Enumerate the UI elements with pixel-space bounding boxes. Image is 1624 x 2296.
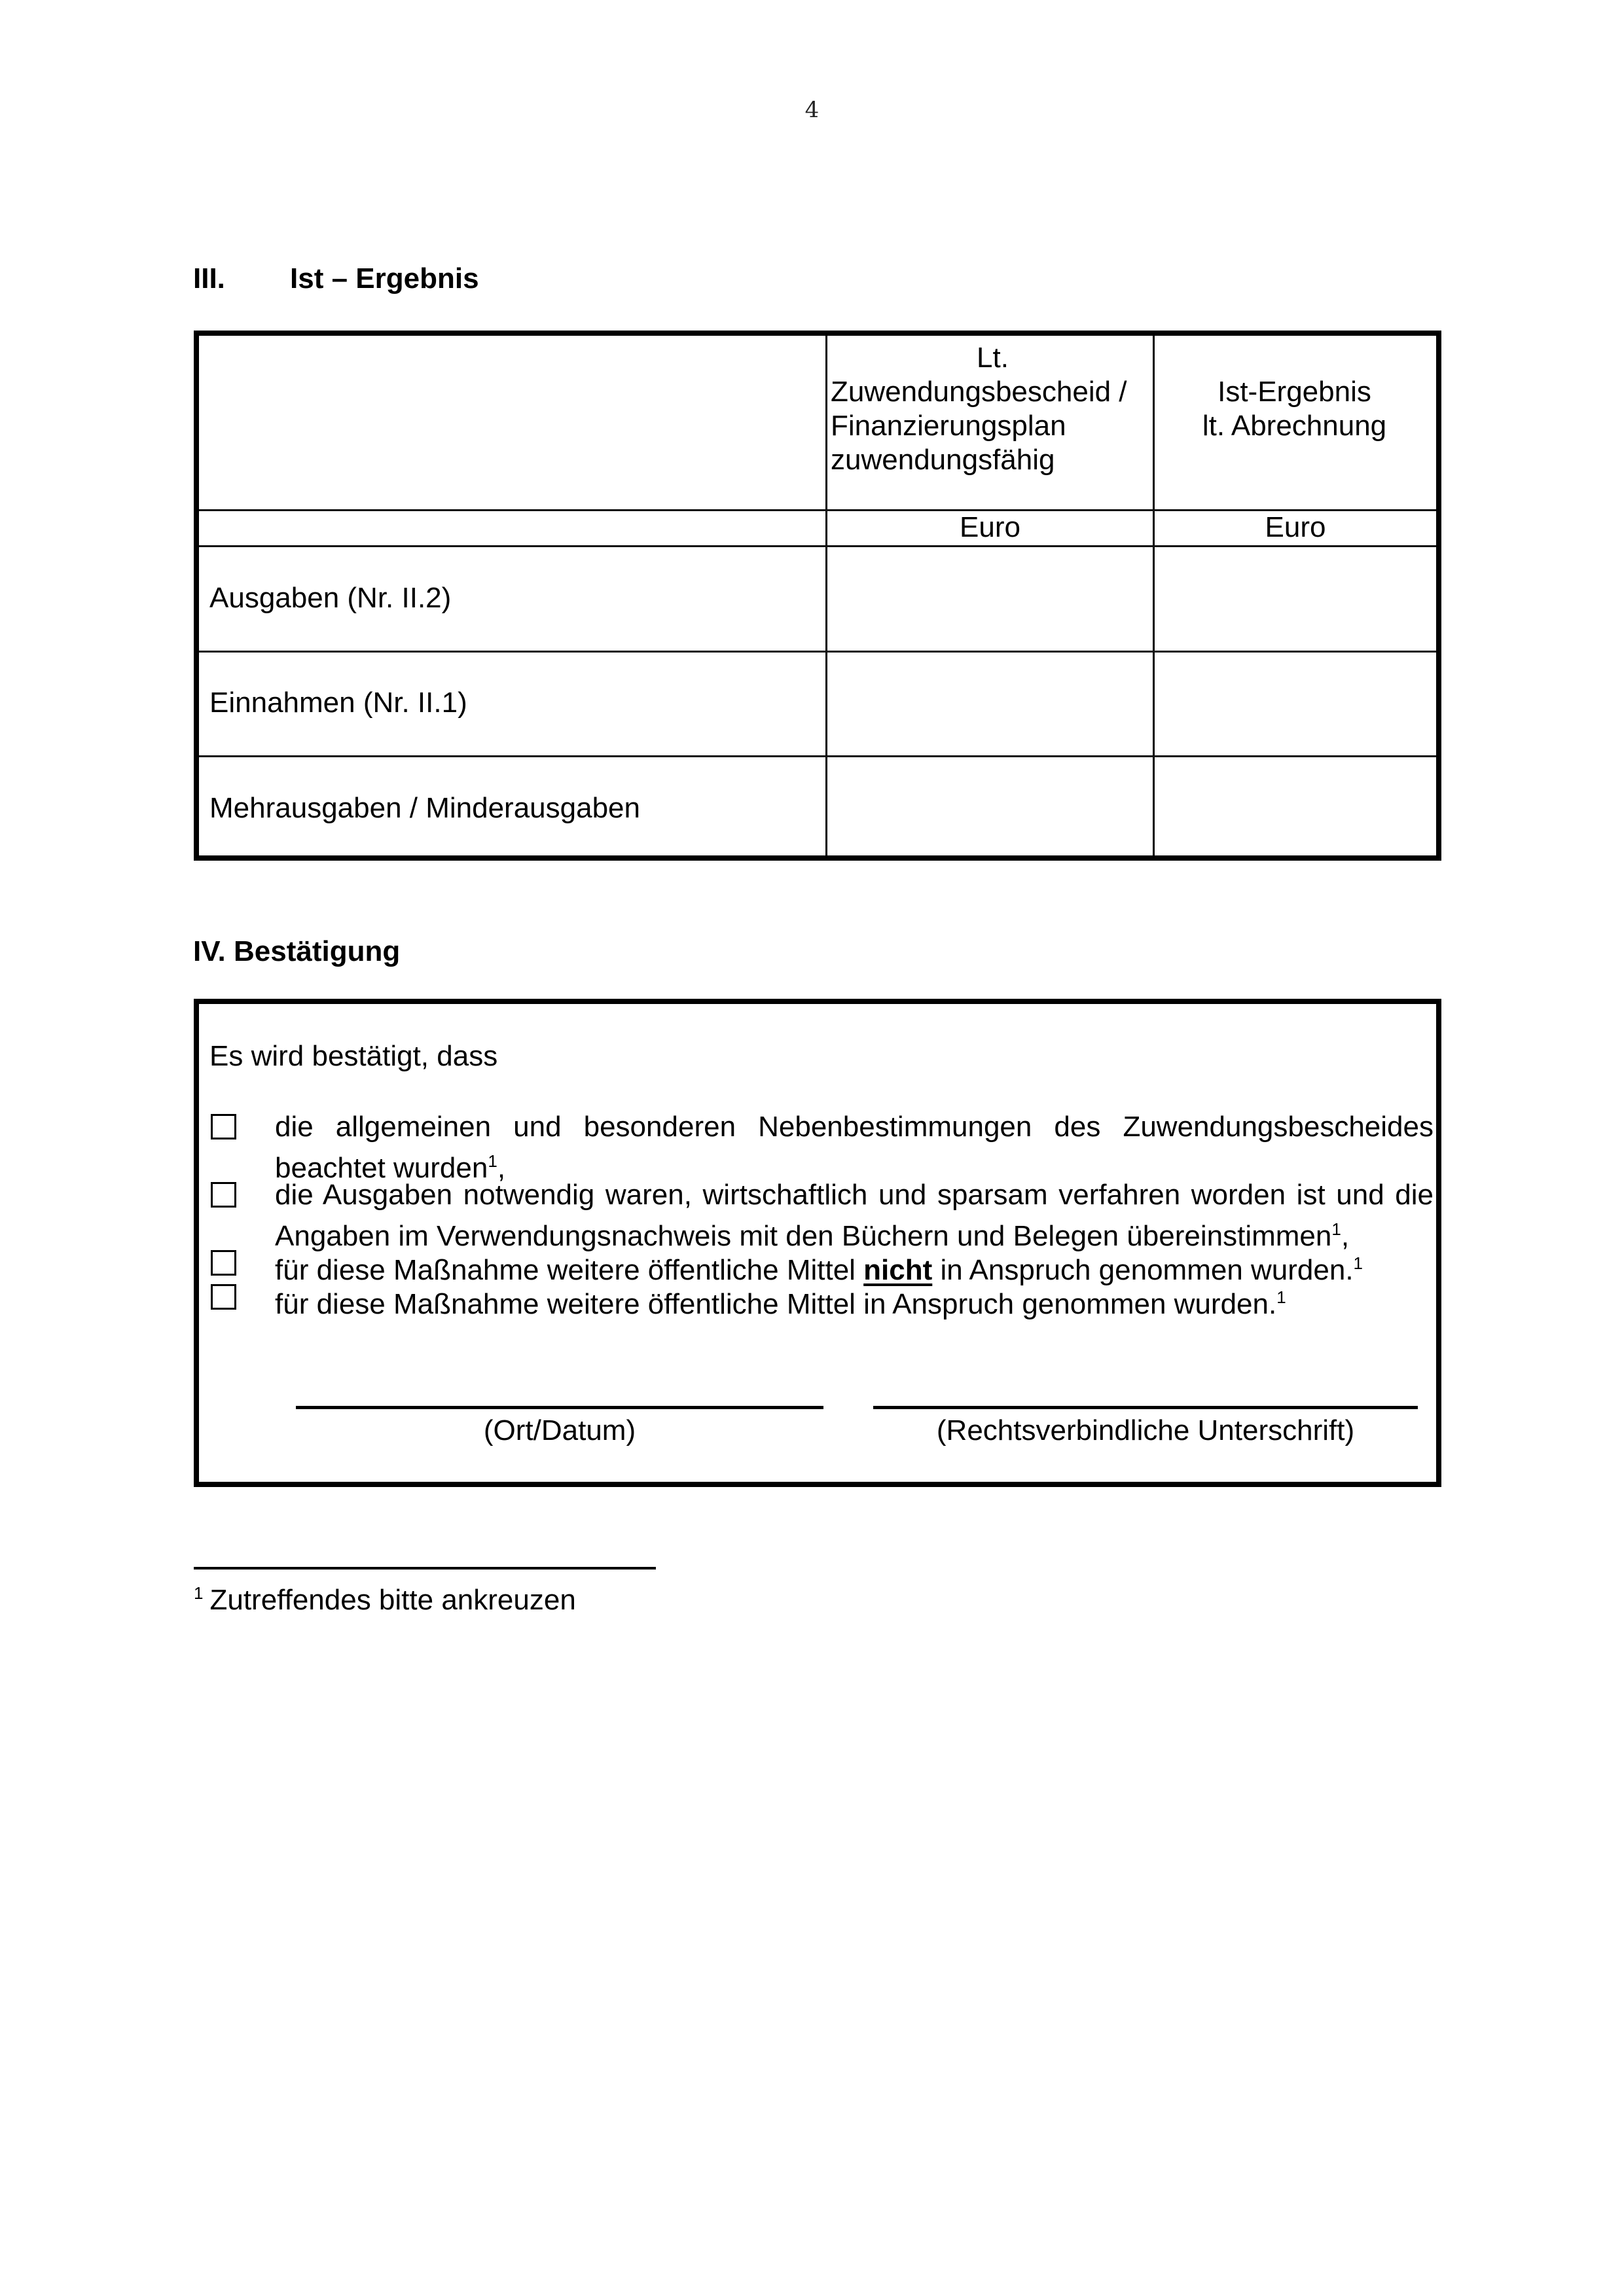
column-header-line: Ist-Ergebnis: [1155, 375, 1434, 409]
place-date-label: (Ort/Datum): [296, 1414, 823, 1448]
page-number: 4: [0, 97, 1624, 123]
confirmation-item-text: die allgemeinen und besonderen Nebenbest…: [275, 1110, 1434, 1185]
column-header-line: Finanzierungsplan: [831, 409, 1155, 443]
footnote: 1Zutreffendes bitte ankreuzen: [194, 1576, 576, 1617]
cell-mehr-minder-actual[interactable]: [1155, 757, 1436, 855]
cell-mehr-minder-planned[interactable]: [827, 757, 1153, 855]
row-label-ausgaben: Ausgaben (Nr. II.2): [209, 581, 451, 615]
text-fragment: für diese Maßnahme weitere öffentliche M…: [275, 1288, 1276, 1320]
column-header-planned: Lt. Zuwendungsbescheid / Finanzierungspl…: [831, 341, 1155, 477]
column-header-line: zuwendungsfähig: [831, 443, 1155, 477]
text-line: die Ausgaben notwendig waren, wirtschaft…: [275, 1178, 1434, 1212]
cell-ausgaben-planned[interactable]: [827, 547, 1153, 651]
confirmation-item-text: für diese Maßnahme weitere öffentliche M…: [275, 1280, 1434, 1321]
section-iv-heading: IV. Bestätigung: [193, 937, 400, 966]
column-header-actual: Ist-Ergebnis lt. Abrechnung: [1155, 375, 1434, 443]
column-header-line: Lt.: [831, 341, 1155, 375]
cell-ausgaben-actual[interactable]: [1155, 547, 1436, 651]
cell-einnahmen-planned[interactable]: [827, 653, 1153, 755]
signature-label: (Rechtsverbindliche Unterschrift): [873, 1414, 1418, 1448]
cell-einnahmen-actual[interactable]: [1155, 653, 1436, 755]
checkbox-ausgaben-notwendig[interactable]: [211, 1182, 236, 1208]
footnote-mark: 1: [1354, 1253, 1363, 1273]
section-iii-title: Ist – Ergebnis: [290, 262, 479, 295]
confirmation-box: Es wird bestätigt, dass die allgemeinen …: [194, 999, 1441, 1487]
column-header-line: lt. Abrechnung: [1155, 409, 1434, 443]
section-iii-number: III.: [193, 264, 290, 293]
text-line: die allgemeinen und besonderen Nebenbest…: [275, 1110, 1434, 1144]
place-date-line[interactable]: [296, 1406, 823, 1409]
footnote-text: Zutreffendes bitte ankreuzen: [209, 1584, 575, 1616]
footnote-separator: [194, 1567, 656, 1570]
confirmation-item-text: die Ausgaben notwendig waren, wirtschaft…: [275, 1178, 1434, 1253]
footnote-mark: 1: [194, 1583, 203, 1603]
confirmation-intro: Es wird bestätigt, dass: [209, 1039, 497, 1073]
checkbox-keine-weiteren-mittel[interactable]: [211, 1250, 236, 1276]
unit-actual: Euro: [1155, 511, 1436, 545]
row-label-mehr-minderausgaben: Mehrausgaben / Minderausgaben: [209, 791, 640, 825]
column-header-line: Zuwendungsbescheid /: [831, 375, 1155, 409]
footnote-mark: 1: [488, 1151, 497, 1171]
signature-line[interactable]: [873, 1406, 1418, 1409]
row-label-einnahmen: Einnahmen (Nr. II.1): [209, 686, 467, 720]
unit-planned: Euro: [827, 511, 1153, 545]
footnote-mark: 1: [1276, 1287, 1286, 1307]
ist-ergebnis-table: Lt. Zuwendungsbescheid / Finanzierungspl…: [194, 331, 1441, 861]
section-iii-heading: III.Ist – Ergebnis: [193, 264, 479, 293]
checkbox-weitere-mittel[interactable]: [211, 1284, 236, 1310]
footnote-mark: 1: [1331, 1219, 1341, 1239]
checkbox-nebenbestimmungen[interactable]: [211, 1114, 236, 1139]
